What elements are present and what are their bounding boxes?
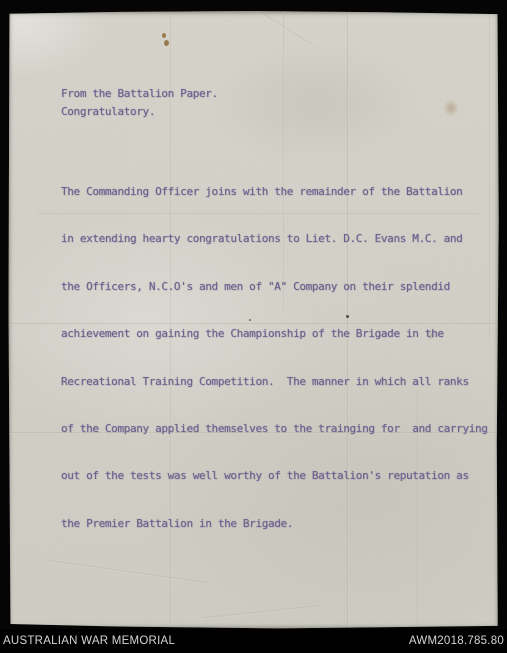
typed-header-line: From the Battalion Paper. bbox=[61, 87, 218, 100]
catalog-bar: AUSTRALIAN WAR MEMORIAL AWM2018.785.80 bbox=[0, 629, 507, 653]
typed-line: out of the tests was well worthy of the … bbox=[61, 465, 488, 486]
typed-line: of the Company applied themselves to the… bbox=[61, 418, 488, 439]
rust-stain bbox=[164, 40, 169, 46]
typed-line: Recreational Training Competition. The m… bbox=[61, 371, 488, 392]
typed-header-line: Congratulatory. bbox=[61, 105, 155, 118]
typed-line: the Officers, N.C.O's and men of "A" Com… bbox=[61, 276, 488, 297]
smudge-stain bbox=[443, 99, 459, 117]
typed-line: the Premier Battalion in the Brigade. bbox=[61, 513, 488, 534]
accession-number: AWM2018.785.80 bbox=[409, 635, 504, 647]
fold-crease-diagonal bbox=[49, 560, 208, 584]
typed-line: in extending hearty congratulations to L… bbox=[61, 228, 488, 249]
fold-crease-diagonal bbox=[236, 0, 313, 47]
scan-viewport: From the Battalion Paper. Congratulatory… bbox=[0, 0, 507, 653]
typed-paragraph: The Commanding Officer joins with the re… bbox=[61, 155, 488, 560]
typed-line: achievement on gaining the Championship … bbox=[61, 323, 488, 344]
fold-crease-diagonal bbox=[203, 605, 323, 620]
typed-line: The Commanding Officer joins with the re… bbox=[61, 181, 488, 202]
institution-label: AUSTRALIAN WAR MEMORIAL bbox=[3, 635, 175, 647]
rust-stain bbox=[162, 33, 166, 38]
letter-page: From the Battalion Paper. Congratulatory… bbox=[8, 11, 499, 629]
fold-crease-vertical bbox=[489, 11, 491, 341]
